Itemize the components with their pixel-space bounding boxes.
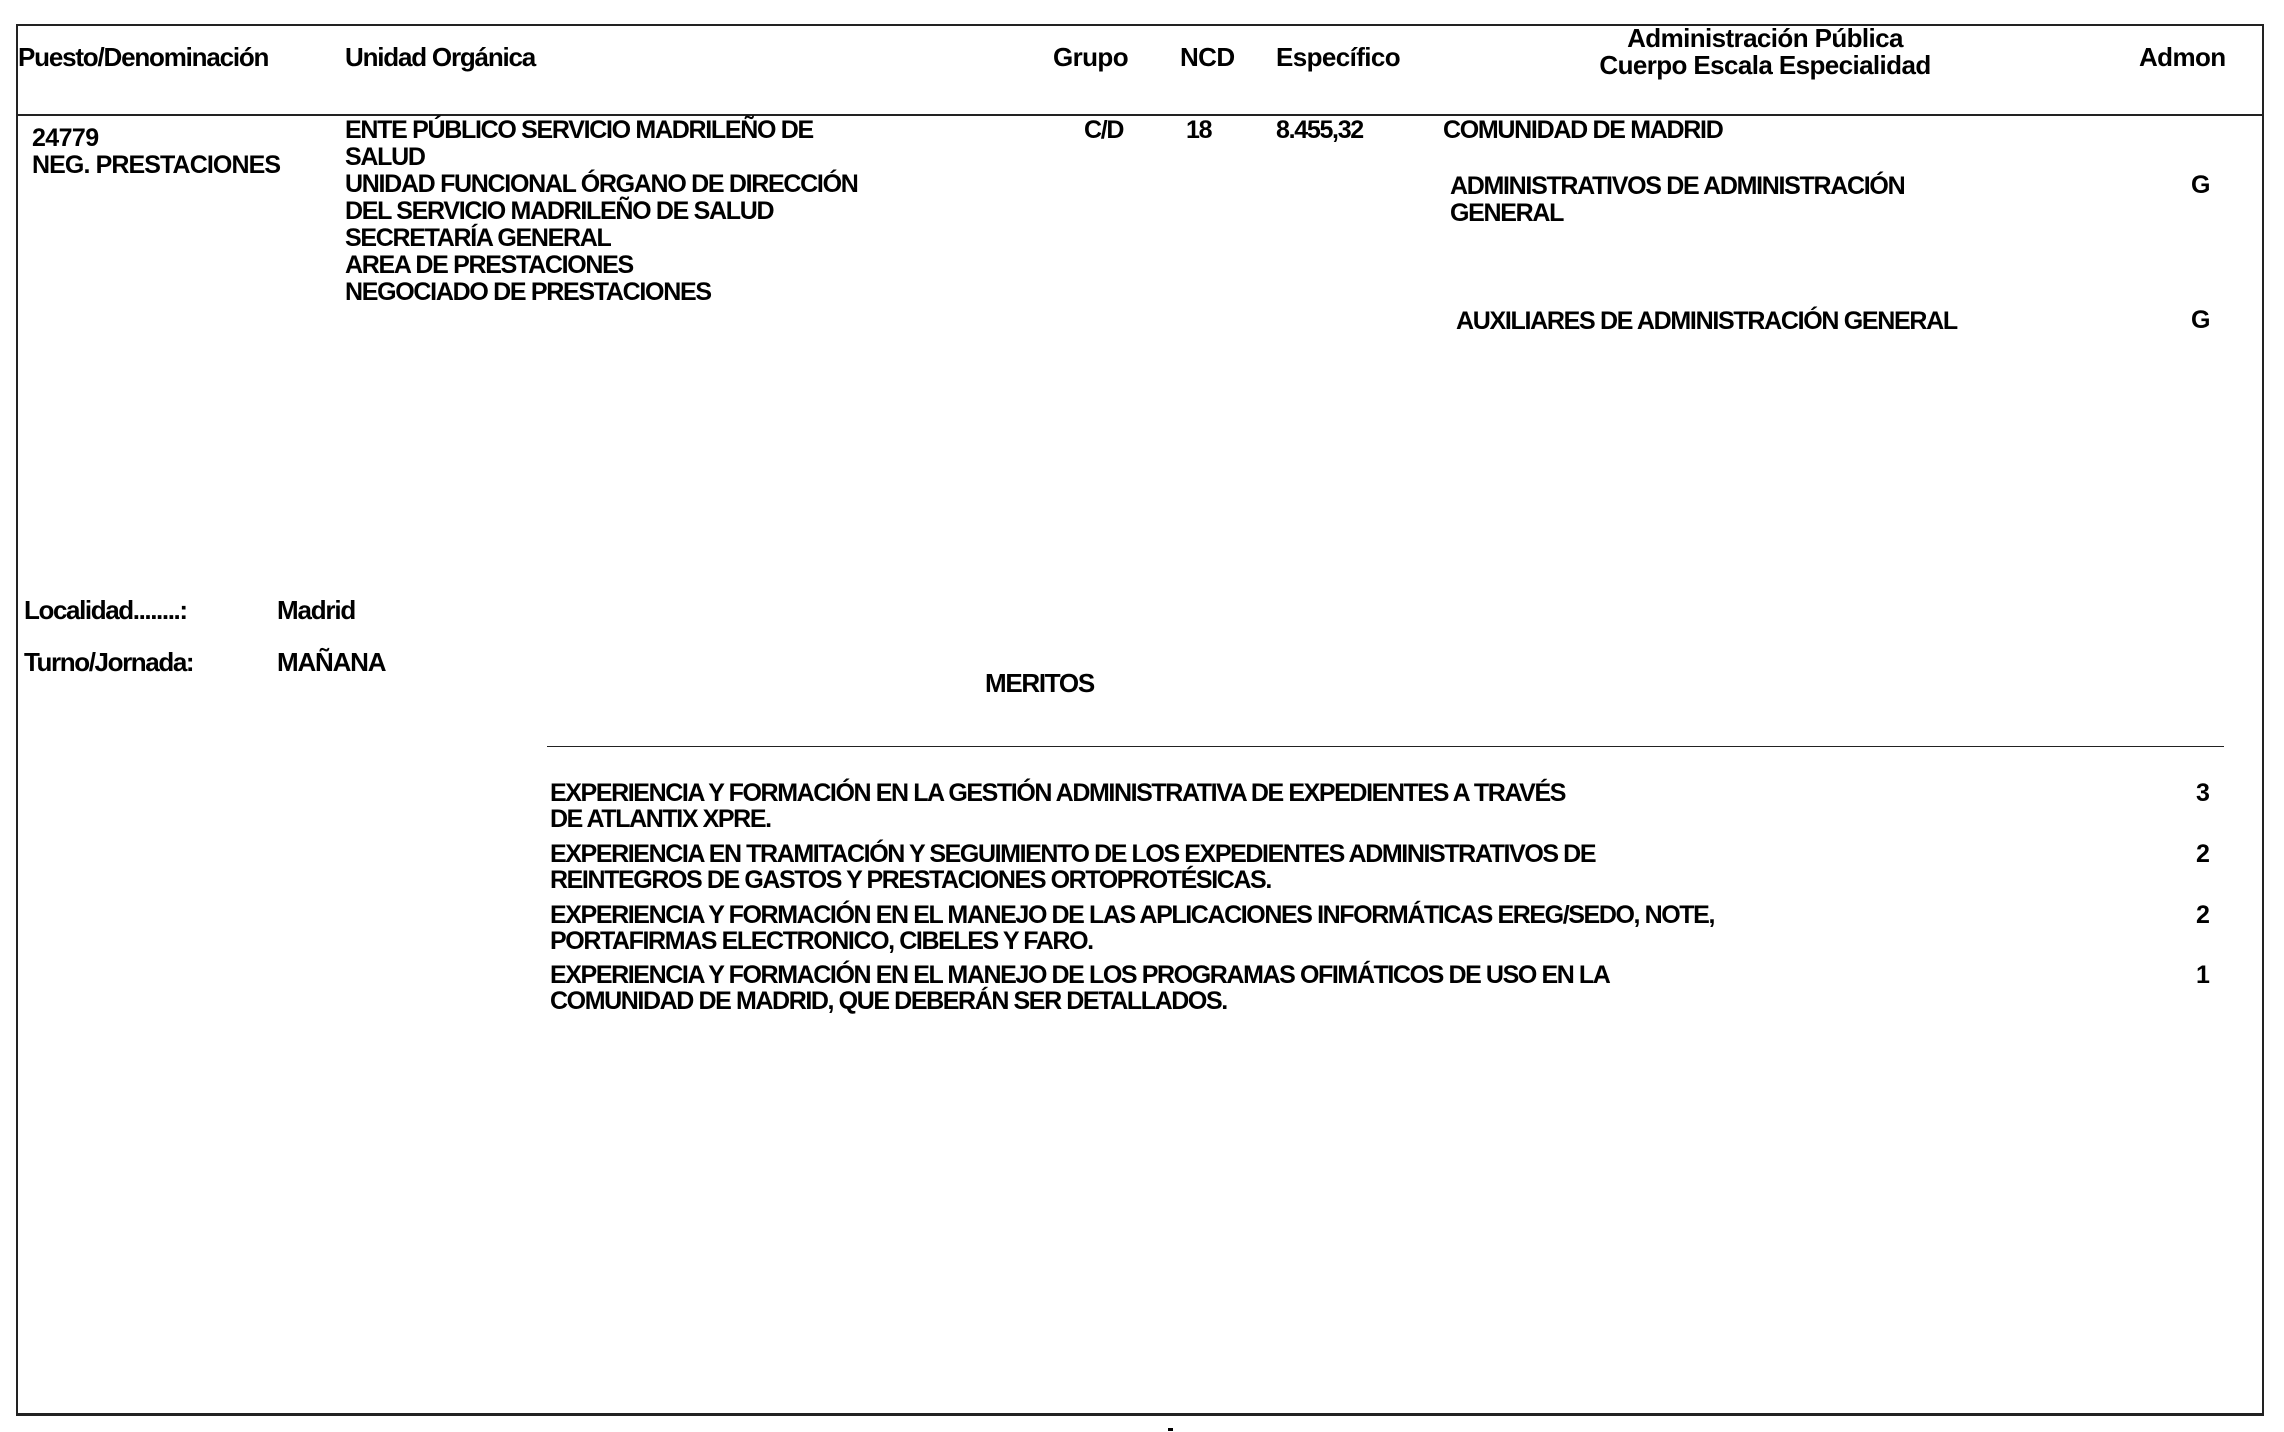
cuerpo-line: ADMINISTRATIVOS DE ADMINISTRACIÓN [1450,173,1904,200]
unidad-organica: ENTE PÚBLICO SERVICIO MADRILEÑO DE SALUD… [345,117,857,306]
record-ncd: 18 [1186,117,1211,144]
turno-value: MAÑANA [277,649,385,676]
meritos-divider [547,746,2224,747]
header-admin-line2: Cuerpo Escala Especialidad [1560,52,1970,79]
header-unidad: Unidad Orgánica [345,44,535,71]
cuerpo-entry: AUXILIARES DE ADMINISTRACIÓN GENERAL [1456,308,1957,335]
merito-score: 2 [2196,841,2210,867]
merito-score: 3 [2196,780,2210,806]
merito-item: EXPERIENCIA Y FORMACIÓN EN EL MANEJO DE … [550,962,2270,1014]
header-grupo: Grupo [1053,44,1128,71]
unidad-line: SECRETARÍA GENERAL [345,225,857,252]
record-administracion: COMUNIDAD DE MADRID [1443,117,1722,144]
merito-score: 1 [2196,962,2210,988]
puesto-codigo: 24779 [32,125,99,152]
unidad-line: UNIDAD FUNCIONAL ÓRGANO DE DIRECCIÓN [345,171,857,198]
puesto-denominacion: NEG. PRESTACIONES [32,152,280,179]
unidad-line: DEL SERVICIO MADRILEÑO DE SALUD [345,198,857,225]
cuerpo-line: GENERAL [1450,200,1904,227]
merito-line: EXPERIENCIA Y FORMACIÓN EN EL MANEJO DE … [550,962,2270,988]
header-ncd: NCD [1180,44,1235,71]
header-puesto: Puesto/Denominación [18,44,268,71]
merito-line: EXPERIENCIA Y FORMACIÓN EN EL MANEJO DE … [550,902,2270,928]
merito-line: EXPERIENCIA EN TRAMITACIÓN Y SEGUIMIENTO… [550,841,2270,867]
cuerpo-admon: G [2191,172,2209,199]
meritos-title: MERITOS [985,670,1094,697]
cuerpo-line: AUXILIARES DE ADMINISTRACIÓN GENERAL [1456,308,1957,335]
header-admon: Admon [2139,44,2226,71]
header-administracion: Administración Pública Cuerpo Escala Esp… [1560,25,1970,79]
localidad-value: Madrid [277,597,355,624]
header-especifico: Específico [1276,44,1400,71]
record-grupo: C/D [1084,117,1123,144]
merito-item: EXPERIENCIA Y FORMACIÓN EN LA GESTIÓN AD… [550,780,2270,832]
merito-item: EXPERIENCIA Y FORMACIÓN EN EL MANEJO DE … [550,902,2270,954]
page-mark [1168,1428,1173,1431]
merito-line: EXPERIENCIA Y FORMACIÓN EN LA GESTIÓN AD… [550,780,2270,806]
merito-line: DE ATLANTIX XPRE. [550,806,2270,832]
merito-item: EXPERIENCIA EN TRAMITACIÓN Y SEGUIMIENTO… [550,841,2270,893]
merito-score: 2 [2196,902,2210,928]
turno-label: Turno/Jornada: [24,649,193,676]
merito-line: PORTAFIRMAS ELECTRONICO, CIBELES Y FARO. [550,928,2270,954]
unidad-line: AREA DE PRESTACIONES [345,252,857,279]
merito-line: COMUNIDAD DE MADRID, QUE DEBERÁN SER DET… [550,988,2270,1014]
header-admin-line1: Administración Pública [1560,25,1970,52]
unidad-line: NEGOCIADO DE PRESTACIONES [345,279,857,306]
unidad-line: ENTE PÚBLICO SERVICIO MADRILEÑO DE [345,117,857,144]
unidad-line: SALUD [345,144,857,171]
cuerpo-admon: G [2191,307,2209,334]
record-especifico: 8.455,32 [1276,117,1363,144]
merito-line: REINTEGROS DE GASTOS Y PRESTACIONES ORTO… [550,867,2270,893]
cuerpo-entry: ADMINISTRATIVOS DE ADMINISTRACIÓN GENERA… [1450,173,1904,227]
localidad-label: Localidad........: [24,597,187,624]
